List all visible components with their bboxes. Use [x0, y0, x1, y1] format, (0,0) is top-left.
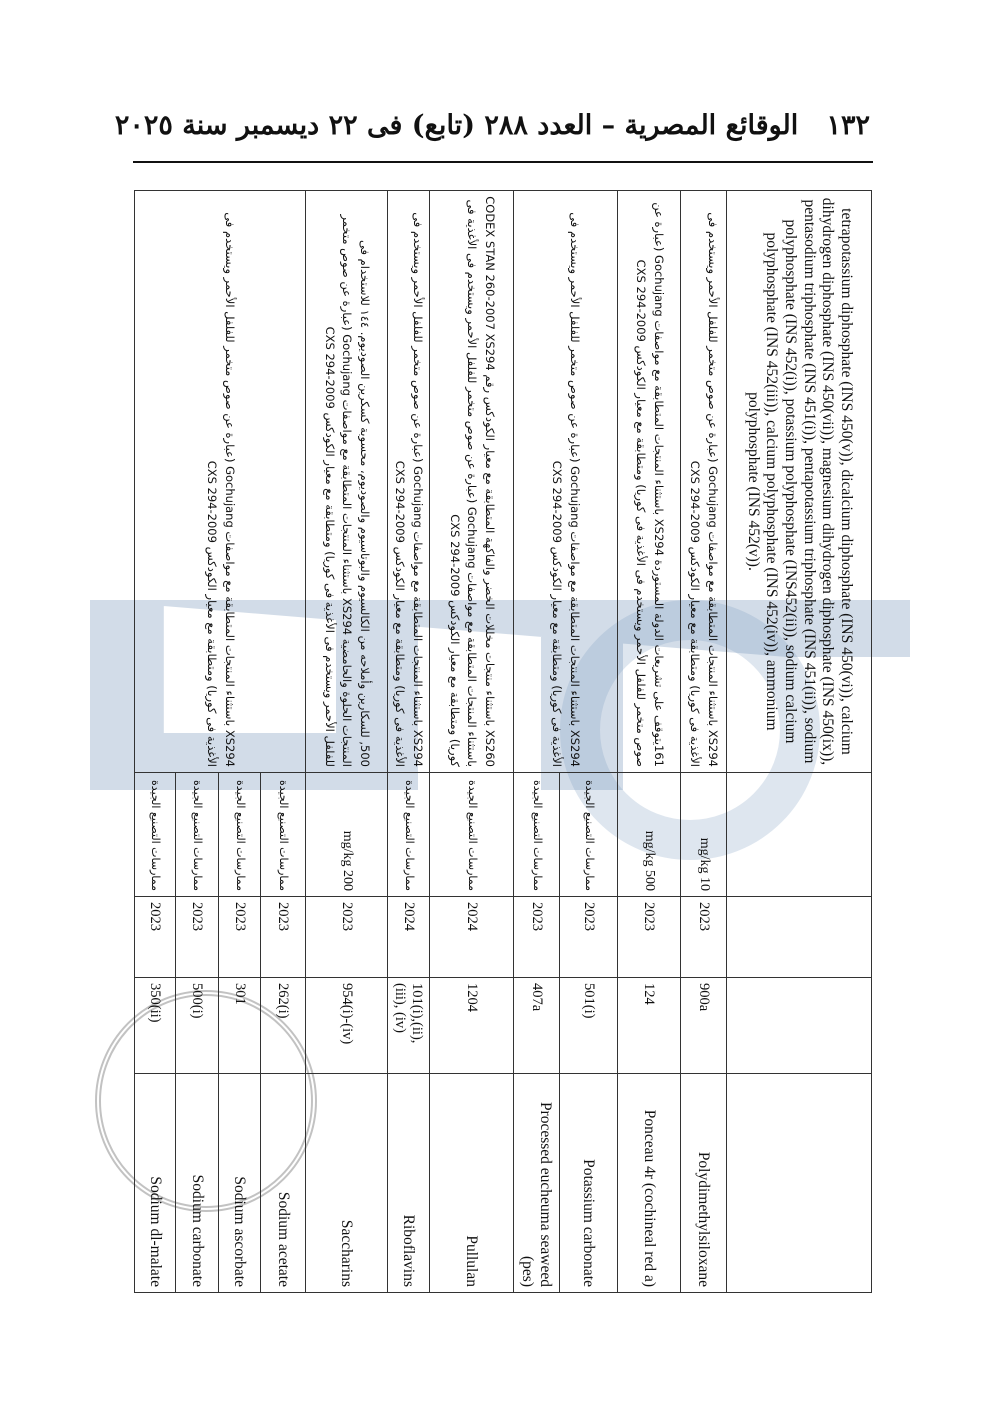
additive-name-cell — [727, 1074, 872, 1293]
page-number: ١٣٢ — [826, 110, 870, 141]
table-row: XS260 باستثناء منتجات مخللات الخضر والفا… — [430, 191, 514, 1293]
additive-name-cell: Sodium acetate — [261, 1074, 306, 1293]
max-level-cell: ممارسات التصنيع الجيدة — [135, 773, 176, 897]
ins-cell: 101(i),(ii), (iii), (iv) — [388, 978, 430, 1074]
max-level-cell: ممارسات التصنيع الجيدة — [560, 773, 618, 897]
year-cell: 2024 — [388, 897, 430, 978]
notes-cell: XS294 باستثناء المنتجات المتطابقة مع موا… — [135, 191, 306, 773]
ins-cell: 407a — [514, 978, 560, 1074]
notes-cell: XS260 باستثناء منتجات مخللات الخضر والفا… — [430, 191, 514, 773]
max-level-cell: ممارسات التصنيع الجيدة — [430, 773, 514, 897]
ins-cell: 500(i) — [176, 978, 219, 1074]
additive-name-cell: Sodium ascorbate — [219, 1074, 261, 1293]
additives-table-container: tetrapotassium diphosphate (INS 450(v)),… — [134, 190, 872, 1292]
table-row: 500, للسكارين وأملاحه من الكالسيوم والبو… — [306, 191, 388, 1293]
additive-name-cell: Saccharins — [306, 1074, 388, 1293]
max-level-cell: 10 mg/kg — [681, 773, 727, 897]
max-level-cell — [727, 773, 872, 897]
max-level-cell: 500 mg/kg — [618, 773, 681, 897]
table-row: XS294 باستثناء المنتجات المتطابقة مع موا… — [388, 191, 430, 1293]
additive-name-cell: Polydimethylsiloxane — [681, 1074, 727, 1293]
additive-name-cell: Potassium carbonate — [560, 1074, 618, 1293]
header-divider — [133, 161, 873, 163]
additive-name-cell: Processed eucheuma seaweed (pes) — [514, 1074, 560, 1293]
ins-cell: 1204 — [430, 978, 514, 1074]
notes-cell: XS294 باستثناء المنتجات المتطابقة مع موا… — [388, 191, 430, 773]
additive-name-cell: Sodium carbonate — [176, 1074, 219, 1293]
additive-name-cell: Pullulan — [430, 1074, 514, 1293]
year-cell: 2024 — [430, 897, 514, 978]
table-row: 161يتوقف على تشريعات الدولة المستوردة XS… — [618, 191, 681, 1293]
year-cell: 2023 — [135, 897, 176, 978]
year-cell: 2023 — [219, 897, 261, 978]
page-header: ١٣٢ الوقائع المصرية – العدد ٢٨٨ (تابع) ف… — [0, 110, 1004, 150]
notes-cell: XS294 باستثناء المنتجات المتطابقة مع موا… — [681, 191, 727, 773]
year-cell: 2023 — [514, 897, 560, 978]
table-row: XS294 باستثناء المنتجات المتطابقة مع موا… — [261, 191, 306, 1293]
ins-cell: 301 — [219, 978, 261, 1074]
ins-cell: 262(i) — [261, 978, 306, 1074]
notes-cell: tetrapotassium diphosphate (INS 450(v)),… — [727, 191, 872, 773]
max-level-cell: ممارسات التصنيع الجيدة — [261, 773, 306, 897]
year-cell: 2023 — [681, 897, 727, 978]
additive-name-cell: Sodium dl-malate — [135, 1074, 176, 1293]
max-level-cell: ممارسات التصنيع الجيدة — [388, 773, 430, 897]
max-level-cell: ممارسات التصنيع الجيدة — [176, 773, 219, 897]
ins-cell: 900a — [681, 978, 727, 1074]
table-row-continuation: tetrapotassium diphosphate (INS 450(v)),… — [727, 191, 872, 1293]
year-cell: 2023 — [306, 897, 388, 978]
max-level-cell: 200 mg/kg — [306, 773, 388, 897]
year-cell: 2023 — [176, 897, 219, 978]
year-cell: 2023 — [261, 897, 306, 978]
year-cell: 2023 — [560, 897, 618, 978]
ins-cell: 954(i)-(iv) — [306, 978, 388, 1074]
max-level-cell: ممارسات التصنيع الجيدة — [514, 773, 560, 897]
ins-cell: 501(i) — [560, 978, 618, 1074]
year-cell: 2023 — [618, 897, 681, 978]
food-additives-table: tetrapotassium diphosphate (INS 450(v)),… — [134, 190, 872, 1293]
ins-cell — [727, 978, 872, 1074]
gazette-title: الوقائع المصرية – العدد ٢٨٨ (تابع) فى ٢٢… — [115, 110, 798, 141]
header-title-line: ١٣٢ الوقائع المصرية – العدد ٢٨٨ (تابع) ف… — [115, 110, 870, 141]
notes-cell: XS294 باستثناء المنتجات المتطابقة مع موا… — [514, 191, 618, 773]
table-row: XS294 باستثناء المنتجات المتطابقة مع موا… — [560, 191, 618, 1293]
max-level-cell: ممارسات التصنيع الجيدة — [219, 773, 261, 897]
table-row: XS294 باستثناء المنتجات المتطابقة مع موا… — [681, 191, 727, 1293]
ins-cell: 124 — [618, 978, 681, 1074]
additive-name-cell: Riboflavins — [388, 1074, 430, 1293]
additive-name-cell: Ponceau 4r (cochineal red a) — [618, 1074, 681, 1293]
notes-cell: 161يتوقف على تشريعات الدولة المستوردة XS… — [618, 191, 681, 773]
ins-cell: 350(ii) — [135, 978, 176, 1074]
year-cell — [727, 897, 872, 978]
notes-cell: 500, للسكارين وأملاحه من الكالسيوم والبو… — [306, 191, 388, 773]
